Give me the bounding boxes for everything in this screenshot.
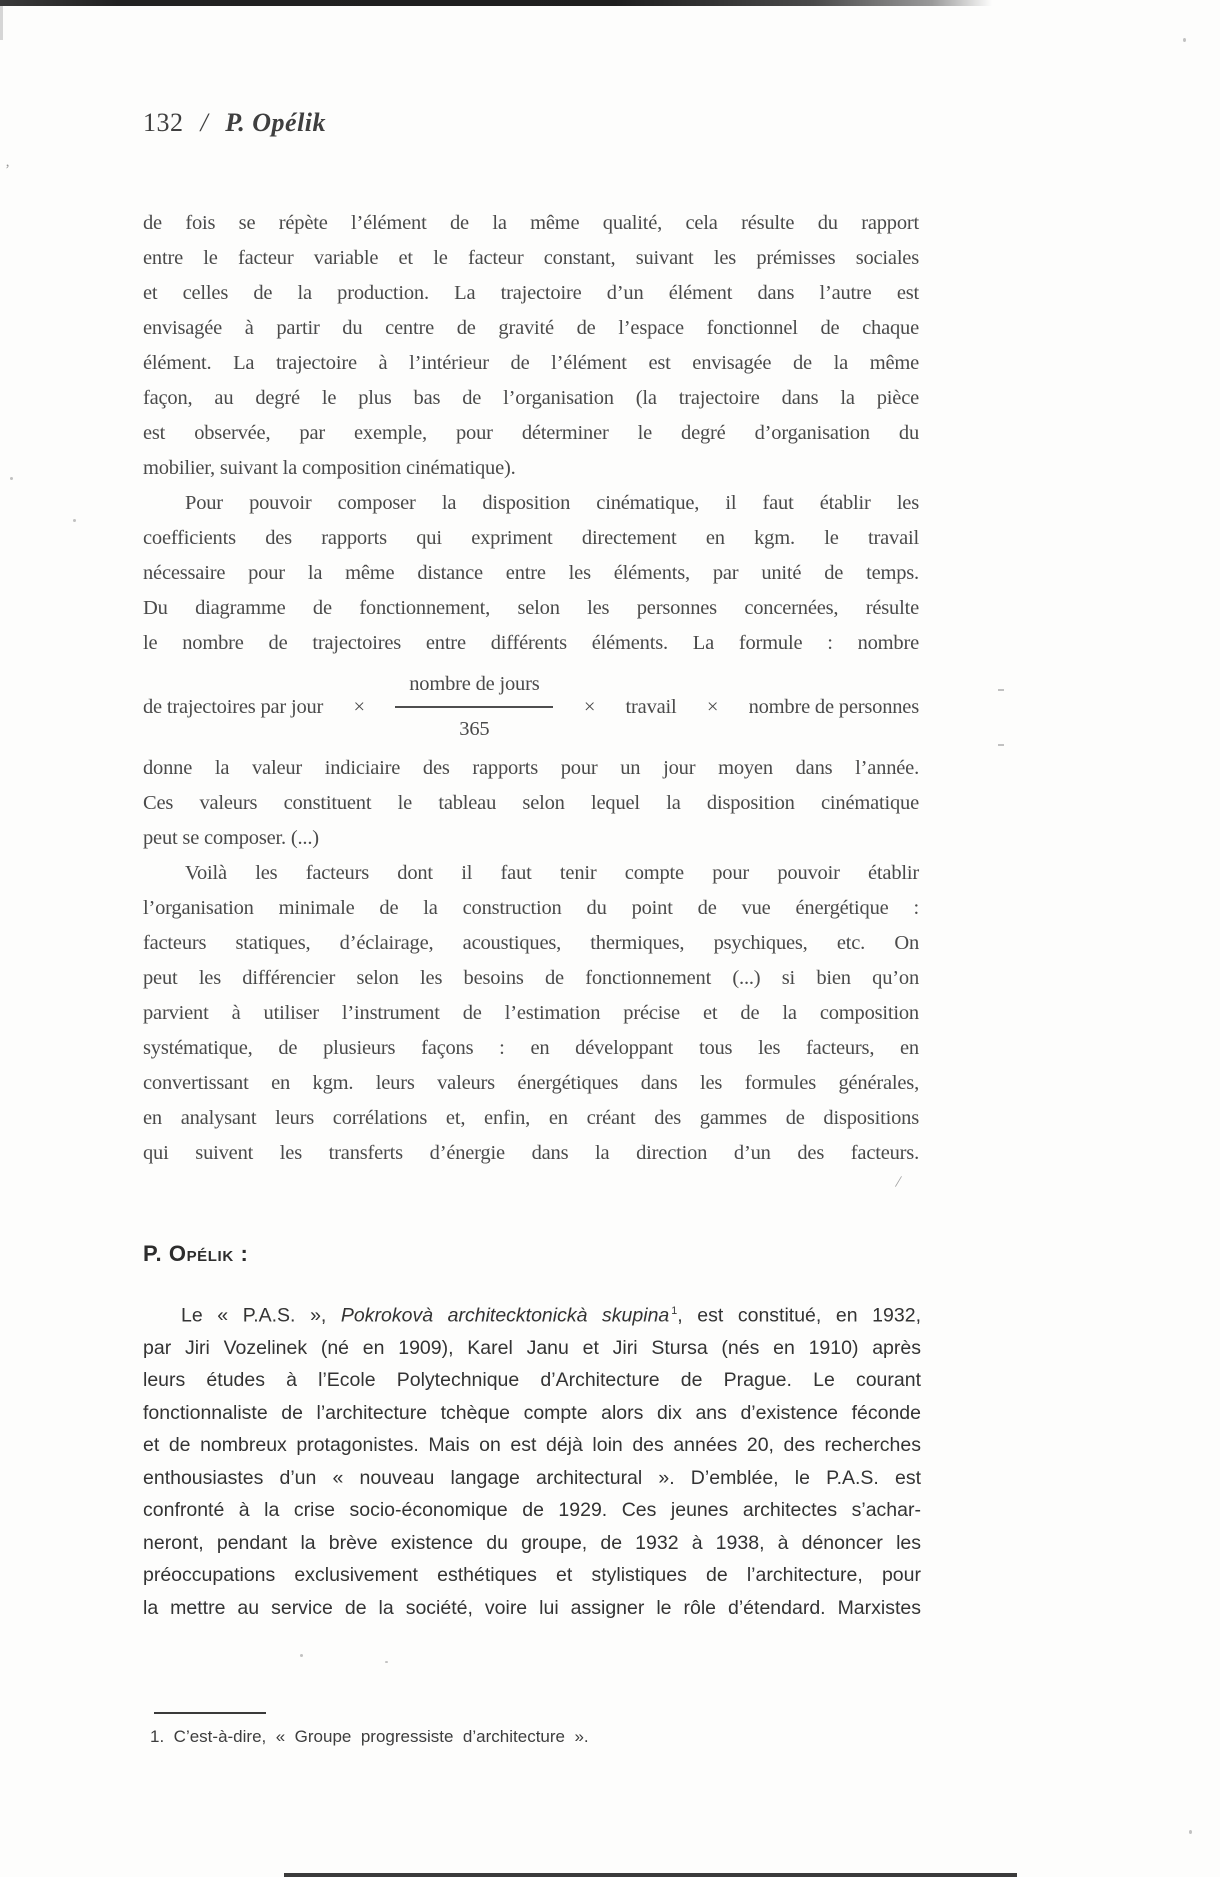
- first-line-prefix: Le « P.A.S. »,: [181, 1304, 341, 1326]
- scan-artifact-speck: [385, 1661, 388, 1663]
- scan-artifact-tick: ’: [5, 162, 10, 179]
- text-line: préoccupations exclusivement esthétiques…: [143, 1559, 921, 1592]
- header-separator: /: [201, 108, 209, 137]
- formula-suffix: nombre de personnes: [749, 690, 919, 725]
- text-line: le nombre de trajectoires entre différen…: [143, 626, 919, 661]
- running-header: 132 / P. Opélik: [143, 108, 326, 138]
- scan-artifact-speck: [300, 1654, 303, 1657]
- scan-artifact-speck: [998, 689, 1004, 691]
- scan-artifact-speck: [1189, 1830, 1192, 1834]
- text-line: enthousiastes d’un « nouveau langage arc…: [143, 1462, 921, 1495]
- scan-artifact-bottom-line: [284, 1873, 1017, 1877]
- page-number: 132: [143, 108, 184, 137]
- fraction-numerator: nombre de jours: [395, 667, 553, 708]
- text-line: par Jiri Vozelinek (né en 1909), Karel J…: [143, 1332, 921, 1365]
- group-name-italic: Pokrokovà architecktonickà skupina: [341, 1304, 669, 1326]
- first-line-suffix: , est constitué, en 1932,: [677, 1304, 921, 1326]
- text-line: de fois se répète l’élément de la même q…: [143, 206, 919, 241]
- excerpt-text-block: de fois se répète l’élément de la même q…: [143, 206, 919, 1171]
- text-line: Voilà les facteurs dont il faut tenir co…: [143, 856, 919, 891]
- excerpt-paragraph-2b: donne la valeur indiciaire des rapports …: [143, 751, 919, 856]
- text-line: peut se composer. (...): [143, 821, 919, 856]
- text-line: et celles de la production. La trajectoi…: [143, 276, 919, 311]
- text-line: facteurs statiques, d’éclairage, acousti…: [143, 926, 919, 961]
- multiplication-sign: ×: [705, 690, 720, 725]
- commentary-first-line: Le « P.A.S. », Pokrokovà architecktonick…: [143, 1295, 921, 1332]
- section-heading: P. Opélik :: [143, 1238, 921, 1271]
- multiplication-sign: ×: [352, 690, 367, 725]
- text-line: parvient à utiliser l’instrument de l’es…: [143, 996, 919, 1031]
- text-line: Ces valeurs constituent le tableau selon…: [143, 786, 919, 821]
- footnote-area: 1. C’est-à-dire, « Groupe progressiste d…: [150, 1712, 850, 1747]
- text-line: façon, au degré le plus bas de l’organis…: [143, 381, 919, 416]
- excerpt-paragraph-3: Voilà les facteurs dont il faut tenir co…: [143, 856, 919, 1171]
- scan-artifact-speck: [998, 744, 1004, 746]
- text-line: peut les différencier selon les besoins …: [143, 961, 919, 996]
- text-line: mobilier, suivant la composition cinémat…: [143, 451, 919, 486]
- footnote: 1. C’est-à-dire, « Groupe progressiste d…: [150, 1727, 850, 1747]
- text-line: et de nombreux protagonistes. Mais on es…: [143, 1429, 921, 1462]
- scan-artifact-edge-smudge: [0, 6, 3, 40]
- text-line: convertissant en kgm. leurs valeurs éner…: [143, 1066, 919, 1101]
- footnote-rule: [154, 1712, 266, 1714]
- scan-artifact-speck: [1183, 38, 1186, 42]
- text-line: qui suivent les transferts d’énergie dan…: [143, 1136, 919, 1171]
- commentary-paragraph: par Jiri Vozelinek (né en 1909), Karel J…: [143, 1332, 921, 1625]
- text-line: systématique, de plusieurs façons : en d…: [143, 1031, 919, 1066]
- multiplication-sign: ×: [582, 690, 597, 725]
- text-line: la mettre au service de la société, voir…: [143, 1592, 921, 1625]
- scanned-book-page: 132 / P. Opélik de fois se répète l’élém…: [0, 0, 1220, 1877]
- header-author: P. Opélik: [225, 108, 326, 137]
- scan-artifact-top-line: [0, 0, 992, 6]
- text-line: nécessaire pour la même distance entre l…: [143, 556, 919, 591]
- formula-mid-term: travail: [626, 690, 677, 725]
- fraction-denominator: 365: [459, 708, 489, 747]
- footnote-marker: 1.: [150, 1727, 164, 1746]
- scan-artifact-slash: /: [894, 1172, 903, 1193]
- text-line: élément. La trajectoire à l’intérieur de…: [143, 346, 919, 381]
- text-line: en analysant leurs corrélations et, enfi…: [143, 1101, 919, 1136]
- text-line: l’organisation minimale de la constructi…: [143, 891, 919, 926]
- text-line: est observée, par exemple, pour détermin…: [143, 416, 919, 451]
- scan-artifact-speck: [10, 477, 13, 480]
- formula-prefix: de trajectoires par jour: [143, 690, 323, 725]
- text-line: confronté à la crise socio-économique de…: [143, 1494, 921, 1527]
- text-line: envisagée à partir du centre de gravité …: [143, 311, 919, 346]
- text-line: coefficients des rapports qui expriment …: [143, 521, 919, 556]
- text-line: Pour pouvoir composer la disposition cin…: [143, 486, 919, 521]
- formula: de trajectoires par jour × nombre de jou…: [143, 667, 919, 747]
- text-line: neront, pendant la brève existence du gr…: [143, 1527, 921, 1560]
- footnote-text: C’est-à-dire, « Groupe progressiste d’ar…: [174, 1727, 589, 1746]
- excerpt-paragraph-1: de fois se répète l’élément de la même q…: [143, 206, 919, 486]
- excerpt-paragraph-2a: Pour pouvoir composer la disposition cin…: [143, 486, 919, 661]
- fraction: nombre de jours 365: [395, 667, 553, 747]
- scan-artifact-speck: [73, 519, 76, 522]
- commentary-block: P. Opélik : Le « P.A.S. », Pokrokovà arc…: [143, 1238, 921, 1624]
- text-line: Du diagramme de fonctionnement, selon le…: [143, 591, 919, 626]
- text-line: entre le facteur variable et le facteur …: [143, 241, 919, 276]
- text-line: fonctionnaliste de l’architecture tchèqu…: [143, 1397, 921, 1430]
- text-line: leurs études à l’Ecole Polytechnique d’A…: [143, 1364, 921, 1397]
- text-line: donne la valeur indiciaire des rapports …: [143, 751, 919, 786]
